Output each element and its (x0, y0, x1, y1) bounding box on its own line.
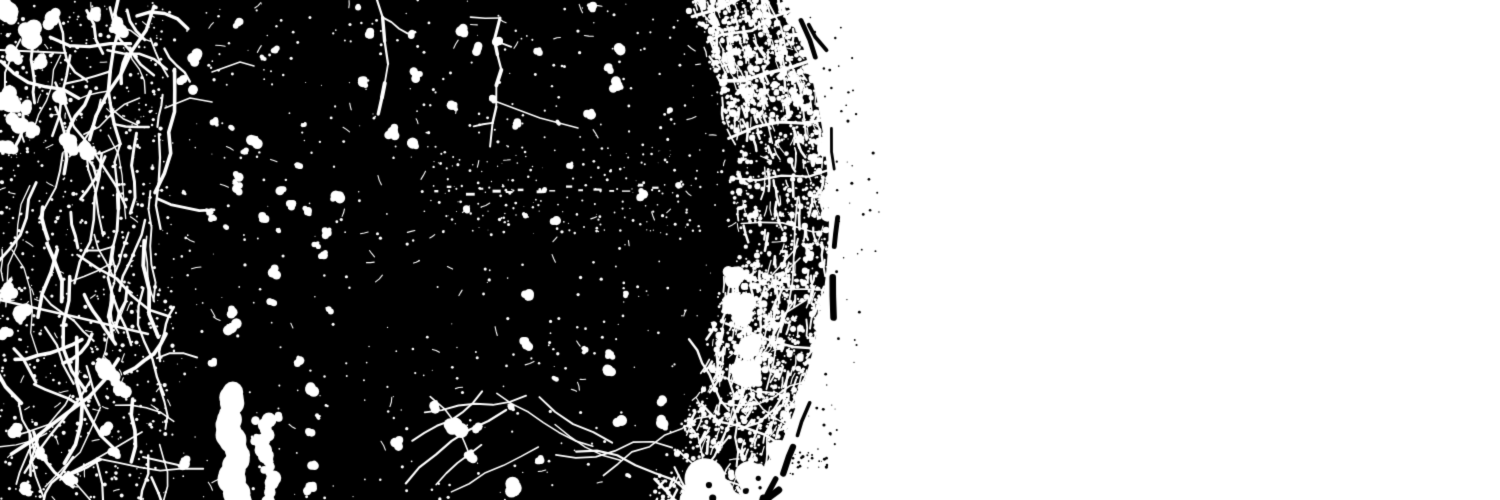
grunge-texture-artwork (0, 0, 1500, 500)
grunge-circle-canvas (0, 0, 1500, 500)
